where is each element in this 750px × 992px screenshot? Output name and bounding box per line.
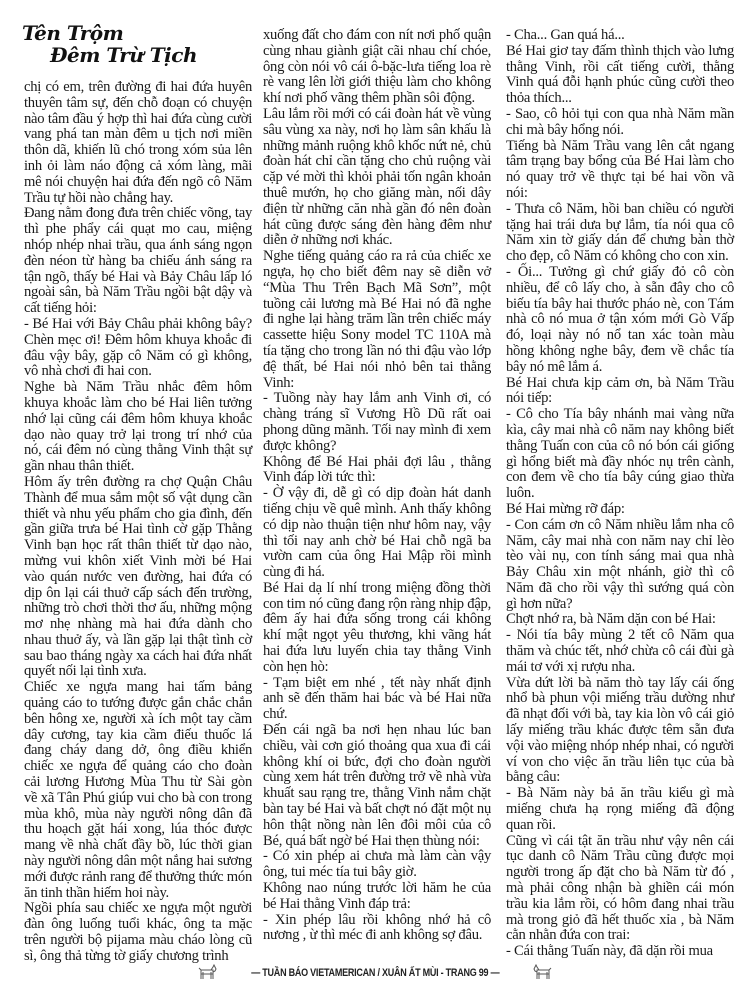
paragraph: Tiếng bà Năm Trầu vang lên cắt ngang tâm… <box>506 139 734 202</box>
paragraph: - Bà Năm này bả ăn trầu kiểu gì mà miếng… <box>506 786 734 833</box>
paragraph: - Ối... Tưởng gì chứ giấy đỏ cô còn nhiề… <box>506 265 734 376</box>
paragraph: Chợt nhớ ra, bà Năm dặn con bé Hai: <box>506 612 734 628</box>
paragraph: Bé Hai chưa kịp cảm ơn, bà Năm Trầu nói … <box>506 376 734 408</box>
paragraph: - Ờ vậy đi, dễ gì có dịp đoàn hát danh t… <box>263 486 491 581</box>
paragraph: Cũng vì cái tật ăn trầu như vậy nên cái … <box>506 834 734 945</box>
paragraph: - Có xin phép ai chưa mà làm càn vậy ông… <box>263 849 491 881</box>
paragraph: - Cha... Gan quá há... <box>506 28 734 44</box>
paragraph: Ngồi phía sau chiếc xe ngựa một người đà… <box>24 901 252 964</box>
paragraph: Bé Hai mừng rỡ đáp: <box>506 502 734 518</box>
paragraph: Hôm ấy trên đường ra chợ Quận Châu Thành… <box>24 475 252 680</box>
paragraph: Nghe bà Năm Trầu nhắc đêm hôm khuya khoắ… <box>24 380 252 475</box>
paragraph: - Con cám ơn cô Năm nhiều lắm nha cô Năm… <box>506 518 734 613</box>
column-right: - Cha... Gan quá há... Bé Hai giơ tay đấ… <box>506 28 734 960</box>
title-line-1: Tên Trộm <box>22 22 222 44</box>
paragraph: Nghe tiếng quảng cáo ra rả của chiếc xe … <box>263 249 491 391</box>
paragraph: - Cái thằng Tuấn này, đã dặn rồi mua <box>506 944 734 960</box>
footer-text: — TUẦN BÁO VIETAMERICAN / XUÂN ẤT MÙI - … <box>251 967 499 979</box>
paragraph: - Cô cho Tía bây nhánh mai vàng nữa kìa,… <box>506 407 734 502</box>
paragraph: Bé Hai dạ lí nhí trong miệng đồng thời c… <box>263 581 491 676</box>
paragraph: xuống đất cho đám con nít nơi phố quận c… <box>263 28 491 107</box>
paragraph: - Nói tía bây mùng 2 tết cô Năm qua thăm… <box>506 628 734 675</box>
paragraph: - Xin phép lâu rồi không nhớ hả cô nương… <box>263 913 491 945</box>
paragraph: - Tạm biệt em nhé , tết này nhất định an… <box>263 676 491 723</box>
magazine-page: Tên Trộm Đêm Trừ Tịch chị có em, trên đư… <box>0 0 750 992</box>
paragraph: Lâu lắm rồi mới có cái đoàn hát về vùng … <box>263 107 491 249</box>
paragraph: - Thưa cô Năm, hồi ban chiều có người tặ… <box>506 202 734 265</box>
goat-icon <box>198 964 218 982</box>
paragraph: Bé Hai giơ tay đấm thình thịch vào lưng … <box>506 44 734 107</box>
paragraph: Không nao núng trước lời hăm he của bé H… <box>263 881 491 913</box>
paragraph: chị có em, trên đường đi hai đứa huyên t… <box>24 80 252 206</box>
column-middle: xuống đất cho đám con nít nơi phố quận c… <box>263 28 491 944</box>
paragraph: Đang nằm đong đưa trên chiếc võng, tay t… <box>24 206 252 317</box>
column-left: chị có em, trên đường đi hai đứa huyên t… <box>24 80 252 965</box>
paragraph: Chiếc xe ngựa mang hai tấm bảng quảng cá… <box>24 680 252 901</box>
article-title: Tên Trộm Đêm Trừ Tịch <box>22 22 222 66</box>
page-footer: — TUẦN BÁO VIETAMERICAN / XUÂN ẤT MÙI - … <box>0 962 750 984</box>
paragraph: Vừa dứt lời bà năm thò tay lấy cái ống n… <box>506 676 734 787</box>
paragraph: - Sao, cô hỏi tụi con qua nhà Năm mần ch… <box>506 107 734 139</box>
paragraph: - Bé Hai với Bảy Châu phải không bây? Ch… <box>24 317 252 380</box>
goat-icon <box>532 964 552 982</box>
paragraph: Không để Bé Hai phải đợi lâu , thằng Vin… <box>263 455 491 487</box>
title-line-2: Đêm Trừ Tịch <box>22 44 222 66</box>
paragraph: Đến cái ngã ba nơi hẹn nhau lúc ban chiề… <box>263 723 491 849</box>
paragraph: - Tuồng này hay lắm anh Vinh ơi, có chàn… <box>263 391 491 454</box>
